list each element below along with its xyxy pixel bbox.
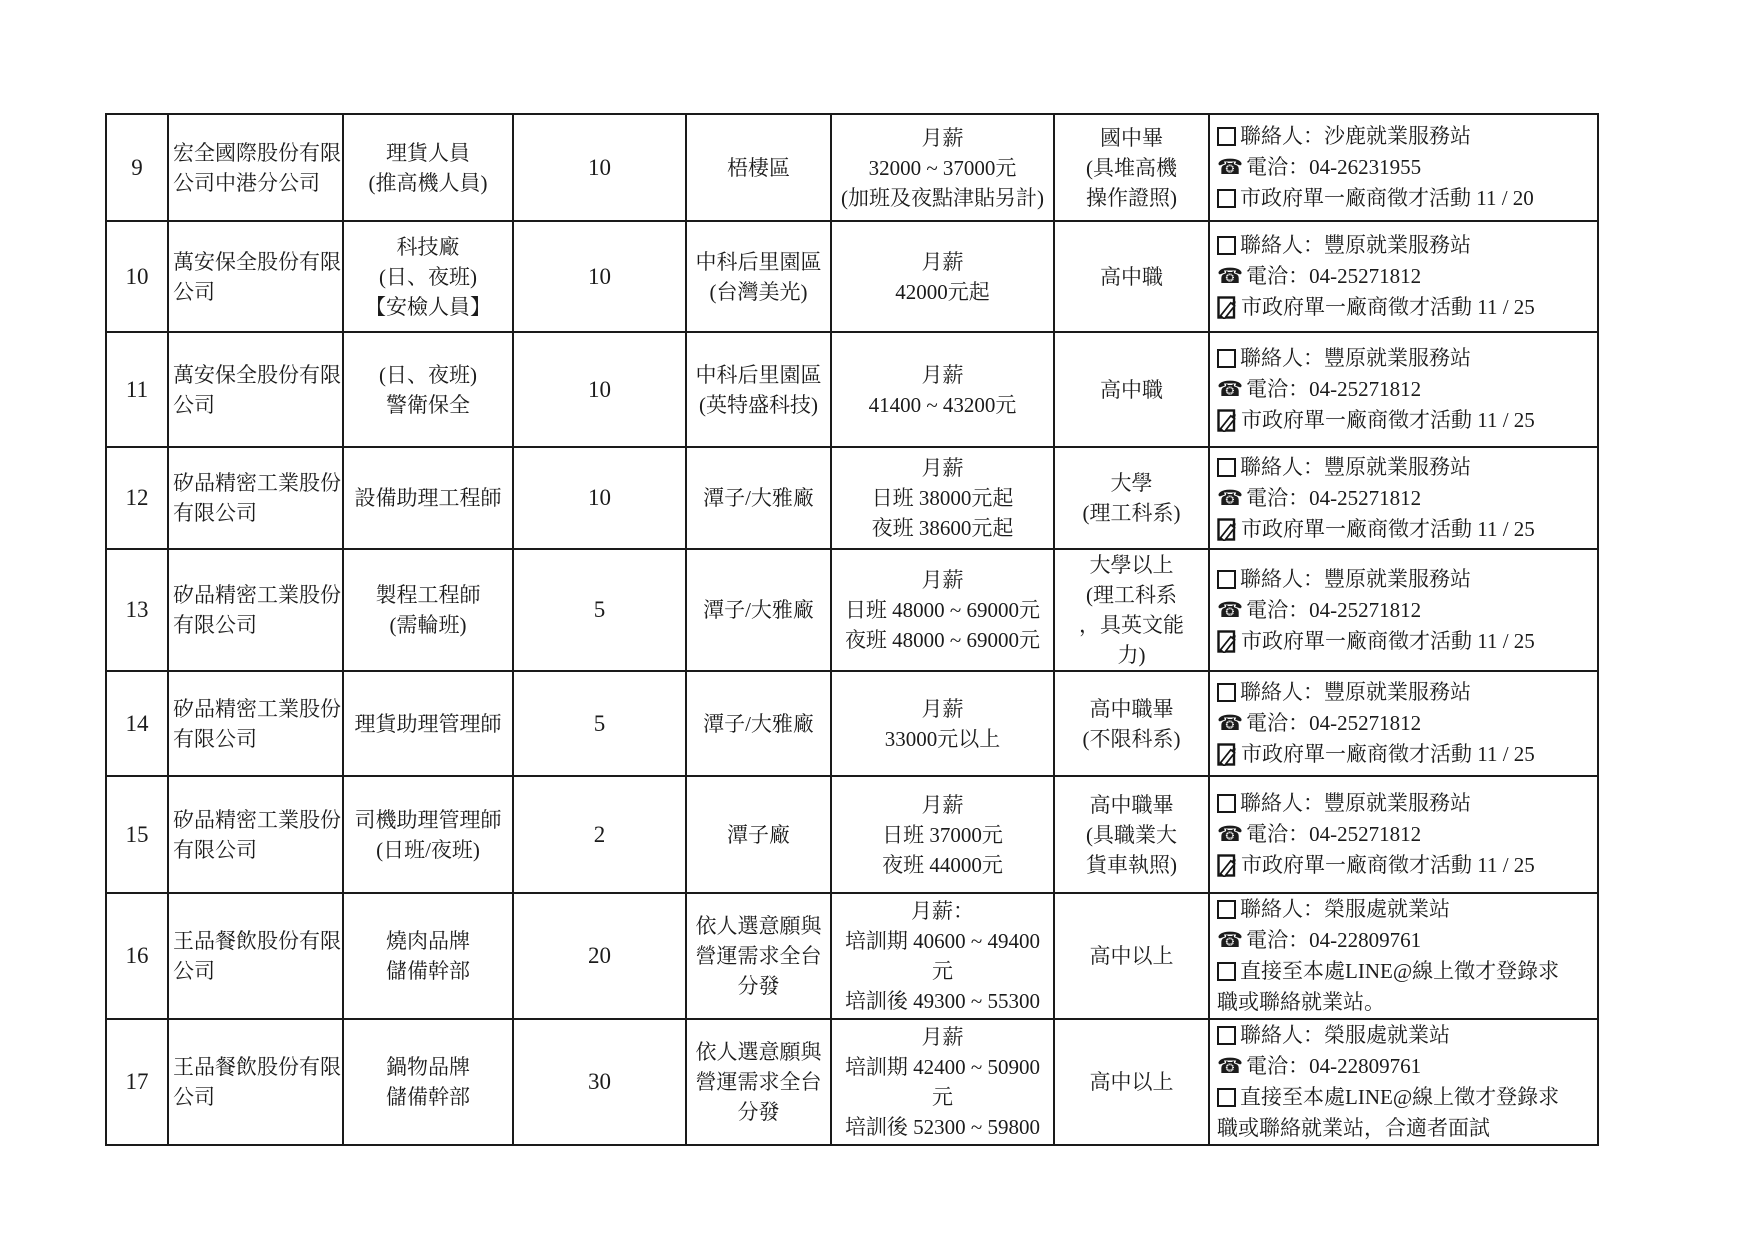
salary-info: 月薪 41400 ~ 43200元: [832, 333, 1053, 446]
education-cell: 高中以上: [1054, 1019, 1209, 1145]
contact-cell: 聯絡人：豐原就業服務站 ☎電洽：04-25271812 市政府單一廠商徵才活動 …: [1209, 776, 1598, 893]
salary-info: 月薪 培訓期 42400 ~ 50900 元 培訓後 52300 ~ 59800: [832, 1020, 1053, 1144]
contact-line-text: 電洽：04-25271812: [1246, 595, 1421, 626]
work-location: 梧棲區: [687, 115, 830, 220]
education-requirement: 國中畢 (具堆高機 操作證照): [1055, 115, 1208, 220]
contact-line: ☎電洽：04-25271812: [1217, 374, 1421, 405]
contact-line: 市政府單一廠商徵才活動 11 / 25: [1217, 292, 1535, 323]
contact-line: 市政府單一廠商徵才活動 11 / 20: [1217, 183, 1534, 214]
openings-count: 5: [514, 672, 685, 775]
contact-info: 聯絡人：豐原就業服務站 ☎電洽：04-25271812 市政府單一廠商徵才活動 …: [1210, 777, 1597, 892]
contact-line-text: 聯絡人：豐原就業服務站: [1240, 677, 1471, 708]
contact-line: 市政府單一廠商徵才活動 11 / 25: [1217, 405, 1535, 436]
checkbox-icon: [1217, 683, 1236, 702]
salary-cell: 月薪 培訓期 42400 ~ 50900 元 培訓後 52300 ~ 59800: [831, 1019, 1054, 1145]
openings-count: 10: [514, 448, 685, 548]
contact-line-text: 電洽：04-25271812: [1246, 374, 1421, 405]
contact-line-text: 聯絡人：豐原就業服務站: [1240, 230, 1471, 261]
contact-line-text: 電洽：04-22809761: [1246, 925, 1421, 956]
company-cell: 宏全國際股份有限 公司中港分公司: [168, 114, 343, 221]
row-number-cell: 17: [106, 1019, 168, 1145]
phone-icon: ☎: [1217, 488, 1243, 509]
education-cell: 高中職: [1054, 332, 1209, 447]
education-cell: 大學以上 (理工科系 ，具英文能 力): [1054, 549, 1209, 671]
company-name: 矽品精密工業股份 有限公司: [169, 777, 342, 892]
work-location: 依人選意願與 營運需求全台 分發: [687, 894, 830, 1018]
openings-cell: 10: [513, 114, 686, 221]
job-title-cell: (日、夜班) 警衛保全: [343, 332, 513, 447]
contact-line-text: 聯絡人：沙鹿就業服務站: [1240, 121, 1471, 152]
contact-line: ☎電洽：04-25271812: [1217, 595, 1421, 626]
row-number-cell: 12: [106, 447, 168, 549]
form-pencil-icon: [1217, 296, 1238, 319]
company-cell: 萬安保全股份有限 公司: [168, 332, 343, 447]
table-row: 16 王品餐飲股份有限 公司 燒肉品牌 儲備幹部 20 依人選意願與 營運需求全…: [106, 893, 1598, 1019]
openings-cell: 5: [513, 671, 686, 776]
checkbox-icon: [1217, 458, 1236, 477]
company-name: 萬安保全股份有限 公司: [169, 333, 342, 446]
contact-info: 聯絡人：榮服處就業站 ☎電洽：04-22809761 直接至本處LINE@線上徵…: [1210, 1020, 1597, 1144]
contact-line-text: 市政府單一廠商徵才活動 11 / 25: [1241, 405, 1535, 436]
checkbox-icon: [1217, 570, 1236, 589]
education-cell: 高中職: [1054, 221, 1209, 332]
row-number: 11: [107, 333, 167, 446]
salary-cell: 月薪 42000元起: [831, 221, 1054, 332]
contact-cell: 聯絡人：榮服處就業站 ☎電洽：04-22809761 直接至本處LINE@線上徵…: [1209, 893, 1598, 1019]
job-title: 燒肉品牌 儲備幹部: [344, 894, 512, 1018]
contact-line: 聯絡人：豐原就業服務站: [1217, 343, 1471, 374]
job-title-cell: 司機助理管理師 (日班/夜班): [343, 776, 513, 893]
job-title-cell: 設備助理工程師: [343, 447, 513, 549]
contact-line-text: 聯絡人：豐原就業服務站: [1240, 452, 1471, 483]
work-location: 潭子/大雅廠: [687, 448, 830, 548]
work-location: 潭子/大雅廠: [687, 672, 830, 775]
job-title: 鍋物品牌 儲備幹部: [344, 1020, 512, 1144]
salary-info: 月薪 33000元以上: [832, 672, 1053, 775]
contact-line: ☎電洽：04-25271812: [1217, 708, 1421, 739]
form-pencil-icon: [1217, 630, 1238, 653]
contact-line: 職或聯絡就業站，合適者面試: [1217, 1113, 1490, 1144]
row-number-cell: 10: [106, 221, 168, 332]
work-location: 潭子廠: [687, 777, 830, 892]
salary-cell: 月薪： 培訓期 40600 ~ 49400 元 培訓後 49300 ~ 5530…: [831, 893, 1054, 1019]
phone-icon: ☎: [1217, 1056, 1243, 1077]
education-cell: 高中職畢 (具職業大 貨車執照): [1054, 776, 1209, 893]
phone-icon: ☎: [1217, 379, 1243, 400]
row-number-cell: 11: [106, 332, 168, 447]
contact-line-text: 市政府單一廠商徵才活動 11 / 20: [1240, 183, 1534, 214]
contact-line: 聯絡人：榮服處就業站: [1217, 1020, 1450, 1051]
phone-icon: ☎: [1217, 824, 1243, 845]
contact-line-text: 電洽：04-25271812: [1246, 819, 1421, 850]
contact-cell: 聯絡人：豐原就業服務站 ☎電洽：04-25271812 市政府單一廠商徵才活動 …: [1209, 221, 1598, 332]
job-title: 製程工程師 (需輪班): [344, 550, 512, 670]
education-cell: 大學 (理工科系): [1054, 447, 1209, 549]
form-pencil-icon: [1217, 743, 1238, 766]
table-row: 13 矽品精密工業股份 有限公司 製程工程師 (需輪班) 5 潭子/大雅廠 月薪…: [106, 549, 1598, 671]
openings-cell: 5: [513, 549, 686, 671]
location-cell: 梧棲區: [686, 114, 831, 221]
job-title: 司機助理管理師 (日班/夜班): [344, 777, 512, 892]
contact-line-text: 職或聯絡就業站，合適者面試: [1217, 1113, 1490, 1144]
checkbox-icon: [1217, 236, 1236, 255]
company-name: 矽品精密工業股份 有限公司: [169, 550, 342, 670]
contact-line-text: 市政府單一廠商徵才活動 11 / 25: [1241, 850, 1535, 881]
education-requirement: 高中以上: [1055, 894, 1208, 1018]
contact-line: 聯絡人：豐原就業服務站: [1217, 230, 1471, 261]
location-cell: 潭子/大雅廠: [686, 549, 831, 671]
openings-count: 10: [514, 222, 685, 331]
contact-line: 市政府單一廠商徵才活動 11 / 25: [1217, 739, 1535, 770]
salary-cell: 月薪 32000 ~ 37000元 (加班及夜點津貼另計): [831, 114, 1054, 221]
job-title: 理貨人員 (推高機人員): [344, 115, 512, 220]
job-title: (日、夜班) 警衛保全: [344, 333, 512, 446]
job-title: 設備助理工程師: [344, 448, 512, 548]
checkbox-icon: [1217, 127, 1236, 146]
contact-line: 市政府單一廠商徵才活動 11 / 25: [1217, 626, 1535, 657]
location-cell: 潭子/大雅廠: [686, 671, 831, 776]
contact-line-text: 直接至本處LINE@線上徵才登錄求: [1240, 956, 1559, 987]
contact-line-text: 聯絡人：榮服處就業站: [1240, 894, 1450, 925]
form-pencil-icon: [1217, 409, 1238, 432]
salary-cell: 月薪 日班 48000 ~ 69000元 夜班 48000 ~ 69000元: [831, 549, 1054, 671]
row-number: 9: [107, 115, 167, 220]
salary-info: 月薪 日班 37000元 夜班 44000元: [832, 777, 1053, 892]
work-location: 依人選意願與 營運需求全台 分發: [687, 1020, 830, 1144]
checkbox-icon: [1217, 962, 1236, 981]
openings-count: 30: [514, 1020, 685, 1144]
work-location: 中科后里園區 (台灣美光): [687, 222, 830, 331]
row-number-cell: 14: [106, 671, 168, 776]
phone-icon: ☎: [1217, 600, 1243, 621]
education-cell: 國中畢 (具堆高機 操作證照): [1054, 114, 1209, 221]
salary-cell: 月薪 日班 38000元起 夜班 38600元起: [831, 447, 1054, 549]
education-cell: 高中以上: [1054, 893, 1209, 1019]
contact-line: ☎電洽：04-25271812: [1217, 483, 1421, 514]
job-listings-table: 9 宏全國際股份有限 公司中港分公司 理貨人員 (推高機人員) 10 梧棲區 月…: [105, 113, 1599, 1146]
row-number-cell: 16: [106, 893, 168, 1019]
salary-info: 月薪 日班 38000元起 夜班 38600元起: [832, 448, 1053, 548]
job-title-cell: 鍋物品牌 儲備幹部: [343, 1019, 513, 1145]
contact-line-text: 電洽：04-26231955: [1246, 152, 1421, 183]
contact-line: 聯絡人：豐原就業服務站: [1217, 564, 1471, 595]
contact-line: ☎電洽：04-25271812: [1217, 819, 1421, 850]
row-number: 16: [107, 894, 167, 1018]
job-title-cell: 理貨人員 (推高機人員): [343, 114, 513, 221]
row-number: 14: [107, 672, 167, 775]
document-page: 9 宏全國際股份有限 公司中港分公司 理貨人員 (推高機人員) 10 梧棲區 月…: [0, 0, 1755, 1241]
phone-icon: ☎: [1217, 713, 1243, 734]
contact-line: 市政府單一廠商徵才活動 11 / 25: [1217, 850, 1535, 881]
form-pencil-icon: [1217, 854, 1238, 877]
table-row: 11 萬安保全股份有限 公司 (日、夜班) 警衛保全 10 中科后里園區 (英特…: [106, 332, 1598, 447]
openings-cell: 10: [513, 447, 686, 549]
checkbox-icon: [1217, 349, 1236, 368]
contact-line-text: 聯絡人：豐原就業服務站: [1240, 788, 1471, 819]
contact-cell: 聯絡人：榮服處就業站 ☎電洽：04-22809761 直接至本處LINE@線上徵…: [1209, 1019, 1598, 1145]
salary-info: 月薪 32000 ~ 37000元 (加班及夜點津貼另計): [832, 115, 1053, 220]
contact-line-text: 職或聯絡就業站。: [1217, 987, 1385, 1018]
row-number: 12: [107, 448, 167, 548]
openings-cell: 30: [513, 1019, 686, 1145]
checkbox-icon: [1217, 900, 1236, 919]
contact-info: 聯絡人：豐原就業服務站 ☎電洽：04-25271812 市政府單一廠商徵才活動 …: [1210, 448, 1597, 548]
table-row: 17 王品餐飲股份有限 公司 鍋物品牌 儲備幹部 30 依人選意願與 營運需求全…: [106, 1019, 1598, 1145]
contact-line: ☎電洽：04-25271812: [1217, 261, 1421, 292]
location-cell: 中科后里園區 (英特盛科技): [686, 332, 831, 447]
location-cell: 依人選意願與 營運需求全台 分發: [686, 1019, 831, 1145]
contact-line: ☎電洽：04-26231955: [1217, 152, 1421, 183]
contact-info: 聯絡人：沙鹿就業服務站 ☎電洽：04-26231955 市政府單一廠商徵才活動 …: [1210, 115, 1597, 220]
openings-count: 5: [514, 550, 685, 670]
location-cell: 潭子廠: [686, 776, 831, 893]
form-pencil-icon: [1217, 518, 1238, 541]
company-cell: 萬安保全股份有限 公司: [168, 221, 343, 332]
salary-cell: 月薪 33000元以上: [831, 671, 1054, 776]
contact-line: 直接至本處LINE@線上徵才登錄求: [1217, 1082, 1559, 1113]
company-cell: 矽品精密工業股份 有限公司: [168, 447, 343, 549]
contact-line-text: 電洽：04-25271812: [1246, 261, 1421, 292]
education-requirement: 大學以上 (理工科系 ，具英文能 力): [1055, 550, 1208, 670]
openings-count: 2: [514, 777, 685, 892]
education-requirement: 高中職: [1055, 222, 1208, 331]
contact-info: 聯絡人：豐原就業服務站 ☎電洽：04-25271812 市政府單一廠商徵才活動 …: [1210, 333, 1597, 446]
contact-line-text: 市政府單一廠商徵才活動 11 / 25: [1241, 292, 1535, 323]
education-requirement: 高中以上: [1055, 1020, 1208, 1144]
job-title-cell: 理貨助理管理師: [343, 671, 513, 776]
openings-cell: 20: [513, 893, 686, 1019]
company-cell: 矽品精密工業股份 有限公司: [168, 549, 343, 671]
checkbox-icon: [1217, 1026, 1236, 1045]
job-title-cell: 製程工程師 (需輪班): [343, 549, 513, 671]
contact-info: 聯絡人：豐原就業服務站 ☎電洽：04-25271812 市政府單一廠商徵才活動 …: [1210, 222, 1597, 331]
row-number-cell: 13: [106, 549, 168, 671]
company-cell: 王品餐飲股份有限 公司: [168, 893, 343, 1019]
job-title-cell: 燒肉品牌 儲備幹部: [343, 893, 513, 1019]
contact-cell: 聯絡人：豐原就業服務站 ☎電洽：04-25271812 市政府單一廠商徵才活動 …: [1209, 447, 1598, 549]
education-requirement: 高中職畢 (不限科系): [1055, 672, 1208, 775]
openings-cell: 2: [513, 776, 686, 893]
salary-info: 月薪 日班 48000 ~ 69000元 夜班 48000 ~ 69000元: [832, 550, 1053, 670]
row-number-cell: 9: [106, 114, 168, 221]
education-requirement: 高中職畢 (具職業大 貨車執照): [1055, 777, 1208, 892]
openings-cell: 10: [513, 221, 686, 332]
checkbox-icon: [1217, 1088, 1236, 1107]
table-row: 12 矽品精密工業股份 有限公司 設備助理工程師 10 潭子/大雅廠 月薪 日班…: [106, 447, 1598, 549]
work-location: 中科后里園區 (英特盛科技): [687, 333, 830, 446]
contact-line: 聯絡人：豐原就業服務站: [1217, 452, 1471, 483]
company-cell: 王品餐飲股份有限 公司: [168, 1019, 343, 1145]
contact-line: 聯絡人：沙鹿就業服務站: [1217, 121, 1471, 152]
openings-count: 10: [514, 333, 685, 446]
contact-line-text: 聯絡人：榮服處就業站: [1240, 1020, 1450, 1051]
company-name: 王品餐飲股份有限 公司: [169, 894, 342, 1018]
contact-line-text: 電洽：04-25271812: [1246, 483, 1421, 514]
contact-line-text: 電洽：04-22809761: [1246, 1051, 1421, 1082]
company-cell: 矽品精密工業股份 有限公司: [168, 776, 343, 893]
contact-info: 聯絡人：榮服處就業站 ☎電洽：04-22809761 直接至本處LINE@線上徵…: [1210, 894, 1597, 1018]
company-name: 萬安保全股份有限 公司: [169, 222, 342, 331]
contact-cell: 聯絡人：豐原就業服務站 ☎電洽：04-25271812 市政府單一廠商徵才活動 …: [1209, 671, 1598, 776]
company-name: 矽品精密工業股份 有限公司: [169, 672, 342, 775]
contact-cell: 聯絡人：豐原就業服務站 ☎電洽：04-25271812 市政府單一廠商徵才活動 …: [1209, 332, 1598, 447]
contact-line-text: 市政府單一廠商徵才活動 11 / 25: [1241, 514, 1535, 545]
checkbox-icon: [1217, 794, 1236, 813]
contact-info: 聯絡人：豐原就業服務站 ☎電洽：04-25271812 市政府單一廠商徵才活動 …: [1210, 672, 1597, 775]
table-row: 15 矽品精密工業股份 有限公司 司機助理管理師 (日班/夜班) 2 潭子廠 月…: [106, 776, 1598, 893]
contact-line: 市政府單一廠商徵才活動 11 / 25: [1217, 514, 1535, 545]
table-row: 9 宏全國際股份有限 公司中港分公司 理貨人員 (推高機人員) 10 梧棲區 月…: [106, 114, 1598, 221]
row-number: 13: [107, 550, 167, 670]
contact-line-text: 市政府單一廠商徵才活動 11 / 25: [1241, 626, 1535, 657]
job-title: 理貨助理管理師: [344, 672, 512, 775]
contact-line-text: 直接至本處LINE@線上徵才登錄求: [1240, 1082, 1559, 1113]
salary-cell: 月薪 41400 ~ 43200元: [831, 332, 1054, 447]
contact-line: ☎電洽：04-22809761: [1217, 1051, 1421, 1082]
table-row: 14 矽品精密工業股份 有限公司 理貨助理管理師 5 潭子/大雅廠 月薪 330…: [106, 671, 1598, 776]
phone-icon: ☎: [1217, 157, 1243, 178]
salary-cell: 月薪 日班 37000元 夜班 44000元: [831, 776, 1054, 893]
education-requirement: 高中職: [1055, 333, 1208, 446]
location-cell: 依人選意願與 營運需求全台 分發: [686, 893, 831, 1019]
contact-cell: 聯絡人：豐原就業服務站 ☎電洽：04-25271812 市政府單一廠商徵才活動 …: [1209, 549, 1598, 671]
company-name: 矽品精密工業股份 有限公司: [169, 448, 342, 548]
education-requirement: 大學 (理工科系): [1055, 448, 1208, 548]
contact-line: 直接至本處LINE@線上徵才登錄求: [1217, 956, 1559, 987]
row-number-cell: 15: [106, 776, 168, 893]
work-location: 潭子/大雅廠: [687, 550, 830, 670]
contact-line-text: 市政府單一廠商徵才活動 11 / 25: [1241, 739, 1535, 770]
job-title-cell: 科技廠 (日、夜班) 【安檢人員】: [343, 221, 513, 332]
company-cell: 矽品精密工業股份 有限公司: [168, 671, 343, 776]
contact-info: 聯絡人：豐原就業服務站 ☎電洽：04-25271812 市政府單一廠商徵才活動 …: [1210, 550, 1597, 670]
company-name: 王品餐飲股份有限 公司: [169, 1020, 342, 1144]
checkbox-icon: [1217, 189, 1236, 208]
salary-info: 月薪 42000元起: [832, 222, 1053, 331]
job-title: 科技廠 (日、夜班) 【安檢人員】: [344, 222, 512, 331]
location-cell: 中科后里園區 (台灣美光): [686, 221, 831, 332]
contact-line: ☎電洽：04-22809761: [1217, 925, 1421, 956]
contact-line-text: 電洽：04-25271812: [1246, 708, 1421, 739]
contact-line: 聯絡人：豐原就業服務站: [1217, 677, 1471, 708]
contact-line: 聯絡人：豐原就業服務站: [1217, 788, 1471, 819]
contact-cell: 聯絡人：沙鹿就業服務站 ☎電洽：04-26231955 市政府單一廠商徵才活動 …: [1209, 114, 1598, 221]
row-number: 17: [107, 1020, 167, 1144]
company-name: 宏全國際股份有限 公司中港分公司: [169, 115, 342, 220]
phone-icon: ☎: [1217, 930, 1243, 951]
contact-line-text: 聯絡人：豐原就業服務站: [1240, 564, 1471, 595]
contact-line: 聯絡人：榮服處就業站: [1217, 894, 1450, 925]
row-number: 10: [107, 222, 167, 331]
salary-info: 月薪： 培訓期 40600 ~ 49400 元 培訓後 49300 ~ 5530…: [832, 894, 1053, 1018]
contact-line-text: 聯絡人：豐原就業服務站: [1240, 343, 1471, 374]
table-row: 10 萬安保全股份有限 公司 科技廠 (日、夜班) 【安檢人員】 10 中科后里…: [106, 221, 1598, 332]
openings-count: 20: [514, 894, 685, 1018]
phone-icon: ☎: [1217, 266, 1243, 287]
contact-line: 職或聯絡就業站。: [1217, 987, 1385, 1018]
row-number: 15: [107, 777, 167, 892]
openings-cell: 10: [513, 332, 686, 447]
education-cell: 高中職畢 (不限科系): [1054, 671, 1209, 776]
location-cell: 潭子/大雅廠: [686, 447, 831, 549]
openings-count: 10: [514, 115, 685, 220]
